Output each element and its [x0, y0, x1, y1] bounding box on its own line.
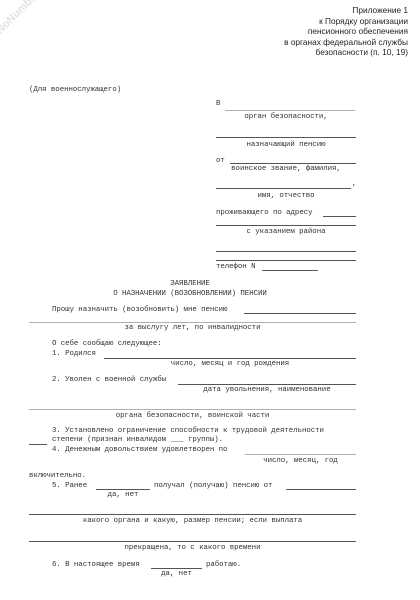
item4-end: включительно. — [29, 472, 86, 480]
item5-mid: получал (получаю) пенсию от — [154, 482, 272, 490]
item3-line2: степени (признан инвалидом ___ группы). — [52, 436, 223, 444]
item2-label: 2. Уволен с военной службы — [52, 376, 166, 384]
name-caption: имя, отчество — [216, 192, 356, 200]
item3-line1: 3. Установлено ограничение способности к… — [52, 427, 324, 435]
employment-caption: да, нет — [151, 570, 202, 578]
name-field[interactable] — [216, 188, 351, 189]
allowance-date-field[interactable] — [245, 454, 356, 455]
appendix-line: Приложение 1 — [284, 5, 408, 16]
from-prefix: от — [216, 157, 225, 165]
birth-date-caption: число, месяц и год рождения — [104, 360, 356, 368]
previous-pension-field[interactable] — [96, 489, 150, 490]
appendix-line: пенсионного обеспечения — [284, 26, 408, 37]
address-caption: с указанием района — [216, 228, 356, 236]
address-field-4[interactable] — [216, 260, 356, 261]
discharge-caption: дата увольнения, наименование — [178, 386, 356, 394]
disability-degree-field[interactable] — [29, 444, 47, 445]
document-subtitle: О НАЗНАЧЕНИИ (ВОЗОБНОВЛЕНИИ) ПЕНСИИ — [0, 290, 380, 298]
address-field-3[interactable] — [216, 251, 356, 252]
to-caption-2: назначающий пенсию — [216, 141, 356, 149]
pension-stop-caption: прекращена, то с какого времени — [29, 544, 356, 552]
previous-pension-caption: да, нет — [96, 491, 150, 499]
appendix-line: в органах федеральной службы — [284, 37, 408, 48]
to-caption: орган безопасности, — [216, 113, 356, 121]
birth-date-field[interactable] — [104, 358, 356, 359]
comma: , — [352, 180, 356, 188]
discharge-field-2[interactable] — [29, 409, 356, 410]
address-label: проживающего по адресу — [216, 209, 312, 217]
item5-label: 5. Ранее — [52, 482, 87, 490]
pension-type-caption: за выслугу лет, по инвалидности — [29, 324, 356, 332]
to-field-2[interactable] — [216, 137, 356, 138]
address-field-2[interactable] — [216, 225, 356, 226]
appendix-line: к Порядку организации — [284, 16, 408, 27]
watermark: NoNumber.ru — [0, 0, 52, 36]
phone-field[interactable] — [262, 270, 318, 271]
allowance-date-caption: число, месяц, год — [245, 457, 356, 465]
from-caption: воинское звание, фамилия, — [216, 165, 356, 173]
item6-end: работаю. — [206, 561, 241, 569]
pension-source-field[interactable] — [286, 489, 356, 490]
discharge-caption-2: органа безопасности, воинской части — [29, 412, 356, 420]
intro-text: О себе сообщаю следующее: — [52, 340, 162, 348]
pension-source-field-2[interactable] — [29, 514, 356, 515]
for-whom-note: (Для военнослужащего) — [29, 86, 121, 94]
from-field[interactable] — [230, 163, 356, 164]
item6-label: 6. В настоящее время — [52, 561, 140, 569]
pension-stop-field[interactable] — [29, 541, 356, 542]
phone-label: телефон N — [216, 263, 255, 271]
address-field[interactable] — [323, 216, 356, 217]
employment-field[interactable] — [151, 568, 202, 569]
discharge-field[interactable] — [178, 384, 356, 385]
appendix-note: Приложение 1 к Порядку организации пенси… — [284, 5, 408, 58]
document-title: ЗАЯВЛЕНИЕ — [0, 280, 380, 288]
pension-type-field-2[interactable] — [29, 322, 356, 323]
request-text: Прошу назначить (возобновить) мне пенсию — [52, 306, 227, 314]
to-prefix: В — [216, 100, 220, 108]
pension-type-field[interactable] — [244, 313, 356, 314]
to-field[interactable] — [225, 110, 355, 111]
pension-source-caption: какого органа и какую, размер пенсии; ес… — [29, 517, 356, 525]
item4-label: 4. Денежным довольствием удовлетворен по — [52, 446, 227, 454]
item1-label: 1. Родился — [52, 350, 96, 358]
appendix-line: безопасности (п. 10, 19) — [284, 47, 408, 58]
